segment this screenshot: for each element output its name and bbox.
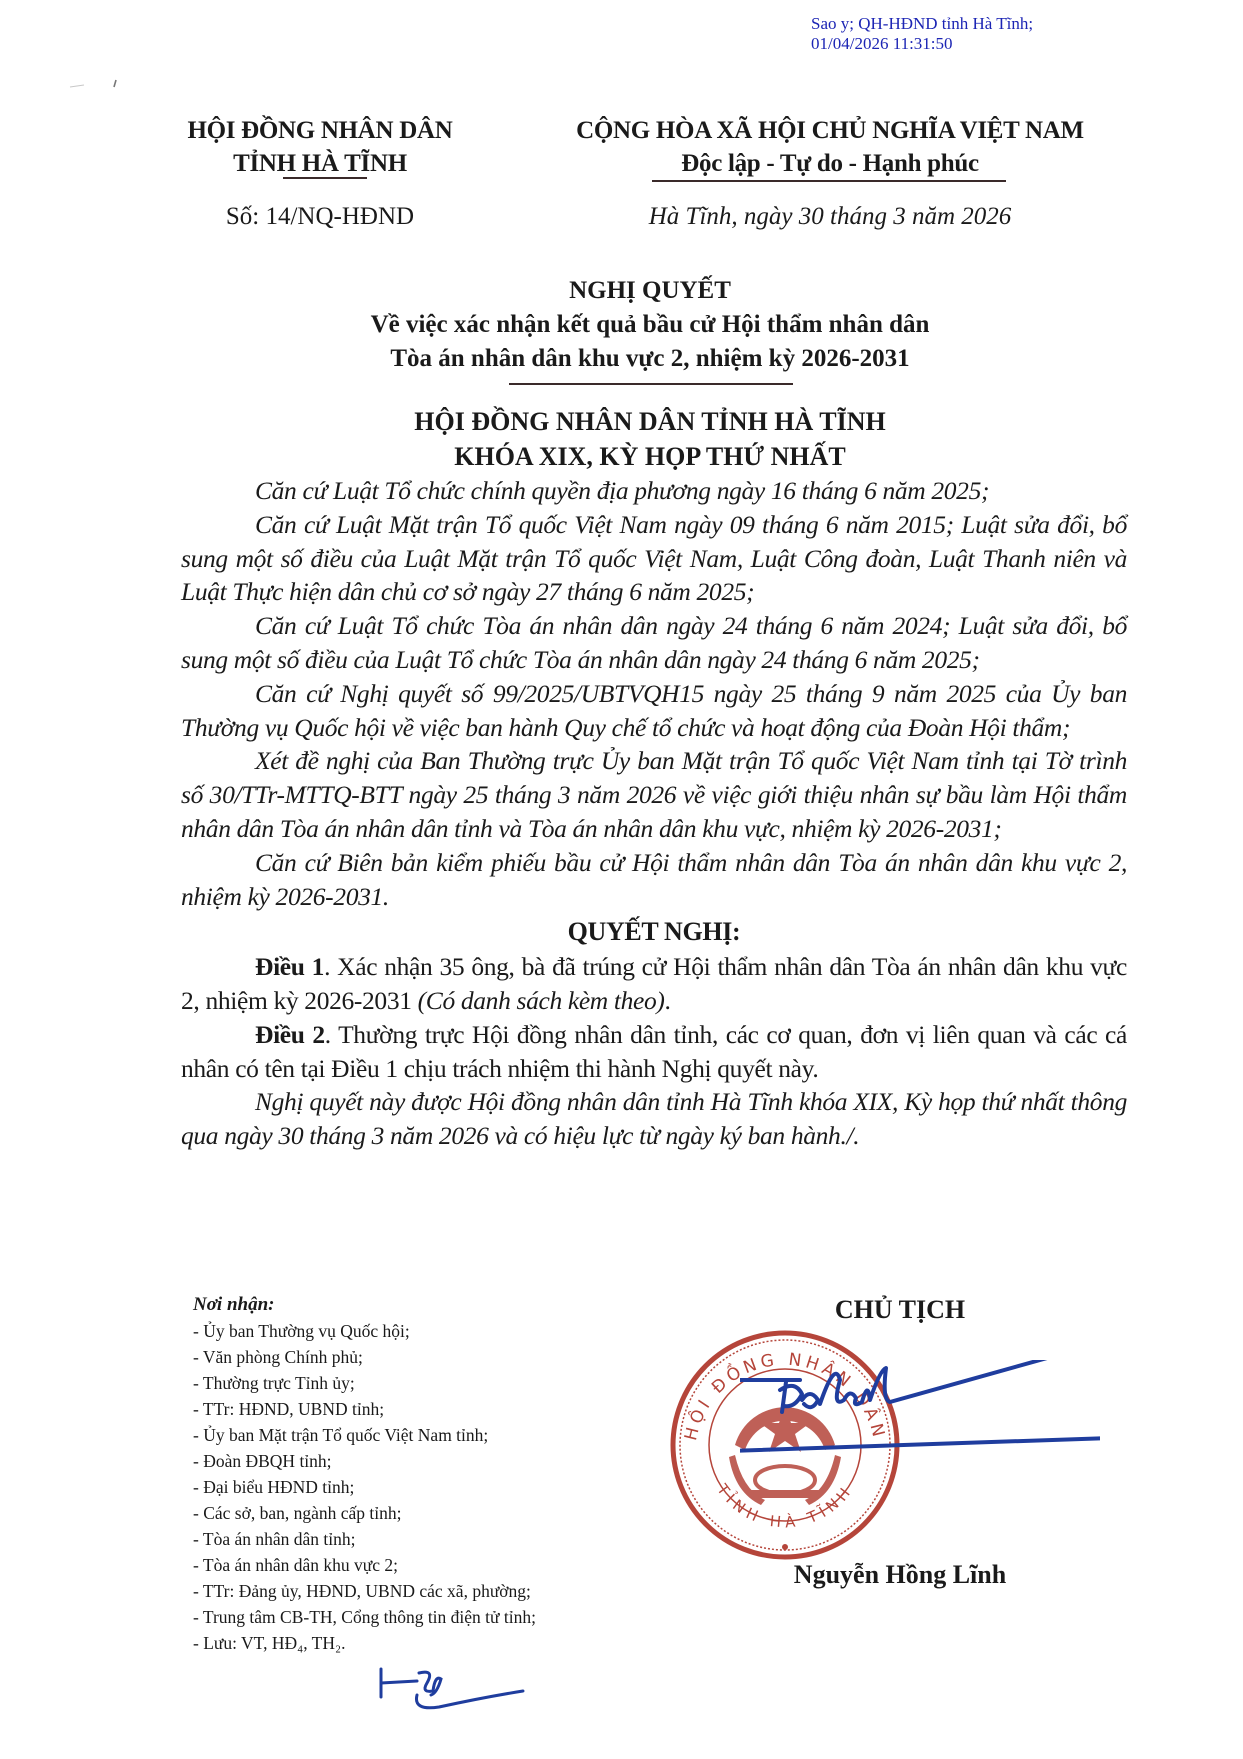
council-heading: HỘI ĐỒNG NHÂN DÂN TỈNH HÀ TĨNH KHÓA XIX,… (180, 404, 1120, 474)
recipient-item: - Văn phòng Chính phủ; (193, 1344, 653, 1370)
svg-text:TỈNH HÀ TĨNH: TỈNH HÀ TĨNH (713, 1480, 857, 1532)
preamble-item: Căn cứ Biên bản kiểm phiếu bầu cử Hội th… (181, 846, 1127, 914)
signer-position: CHỦ TỊCH (760, 1295, 1040, 1325)
copy-stamp-timestamp: 01/04/2026 11:31:50 (811, 34, 1033, 54)
subject-line-1: Về việc xác nhận kết quả bầu cử Hội thẩm… (180, 308, 1120, 342)
preamble-item: Căn cứ Luật Mặt trận Tổ quốc Việt Nam ng… (181, 508, 1127, 609)
recipients-block: Nơi nhận: - Ủy ban Thường vụ Quốc hội;- … (193, 1292, 653, 1656)
scan-speck-mark (60, 78, 120, 92)
recipient-item: - Lưu: VT, HĐ₄, TH₂. (193, 1630, 653, 1656)
council-session: KHÓA XIX, KỲ HỌP THỨ NHẤT (180, 439, 1120, 474)
handwritten-signature-icon (740, 1360, 1100, 1480)
recipients-label: Nơi nhận: (193, 1292, 653, 1318)
article-1-note: (Có danh sách kèm theo) (418, 986, 665, 1015)
recipient-item: - Các sở, ban, ngành cấp tỉnh; (193, 1500, 653, 1526)
issuer-underline (283, 177, 367, 179)
recipient-item: - Đoàn ĐBQH tỉnh; (193, 1448, 653, 1474)
place-and-date: Hà Tĩnh, ngày 30 tháng 3 năm 2026 (535, 203, 1125, 231)
preamble-item: Xét đề nghị của Ban Thường trực Ủy ban M… (181, 744, 1127, 845)
recipient-item: - Đại biểu HĐND tỉnh; (193, 1474, 653, 1500)
document-body: Căn cứ Luật Tổ chức chính quyền địa phươ… (181, 474, 1127, 1153)
signer-name: Nguyễn Hồng Lĩnh (760, 1560, 1040, 1590)
article-2: Điều 2. Thường trực Hội đồng nhân dân tỉ… (181, 1018, 1127, 1086)
recipient-item: - TTr: HĐND, UBND tỉnh; (193, 1396, 653, 1422)
subject-line-2: Tòa án nhân dân khu vực 2, nhiệm kỳ 2026… (180, 342, 1120, 376)
nation-name: CỘNG HÒA XÃ HỘI CHỦ NGHĨA VIỆT NAM (535, 114, 1125, 147)
document-type: NGHỊ QUYẾT (180, 274, 1120, 308)
preamble-item: Căn cứ Luật Tổ chức Tòa án nhân dân ngày… (181, 609, 1127, 677)
recipient-item: - Thường trực Tỉnh ủy; (193, 1370, 653, 1396)
national-motto: CỘNG HÒA XÃ HỘI CHỦ NGHĨA VIỆT NAM Độc l… (535, 114, 1125, 180)
document-number: Số: 14/NQ-HĐND (160, 203, 480, 231)
issuing-authority: HỘI ĐỒNG NHÂN DÂN TỈNH HÀ TĨNH (160, 114, 480, 180)
article-1: Điều 1. Xác nhận 35 ông, bà đã trúng cử … (181, 950, 1127, 1018)
recipient-item: - Trung tâm CB-TH, Cổng thông tin điện t… (193, 1604, 653, 1630)
document-title: NGHỊ QUYẾT Về việc xác nhận kết quả bầu … (180, 274, 1120, 376)
council-name: HỘI ĐỒNG NHÂN DÂN TỈNH HÀ TĨNH (180, 404, 1120, 439)
motto-underline (652, 180, 1006, 182)
resolution-heading: QUYẾT NGHỊ: (181, 915, 1127, 949)
issuer-line-2: TỈNH HÀ TĨNH (160, 147, 480, 180)
article-1-label: Điều 1 (255, 952, 324, 981)
recipient-item: - Tòa án nhân dân tỉnh; (193, 1526, 653, 1552)
copy-stamp-issuer: Sao y; QH-HĐND tỉnh Hà Tĩnh; (811, 14, 1033, 34)
article-2-label: Điều 2 (255, 1020, 325, 1049)
recipient-item: - TTr: Đảng ủy, HĐND, UBND các xã, phườn… (193, 1578, 653, 1604)
initials-mark-icon (375, 1665, 525, 1713)
title-underline (509, 383, 793, 385)
motto: Độc lập - Tự do - Hạnh phúc (535, 147, 1125, 180)
recipient-item: - Ủy ban Thường vụ Quốc hội; (193, 1318, 653, 1344)
closing-clause: Nghị quyết này được Hội đồng nhân dân tỉ… (181, 1085, 1127, 1153)
digital-copy-stamp: Sao y; QH-HĐND tỉnh Hà Tĩnh; 01/04/2026 … (811, 14, 1033, 54)
recipient-list: - Ủy ban Thường vụ Quốc hội;- Văn phòng … (193, 1318, 653, 1656)
issuer-line-1: HỘI ĐỒNG NHÂN DÂN (160, 114, 480, 147)
recipient-item: - Tòa án nhân dân khu vực 2; (193, 1552, 653, 1578)
recipient-item: - Ủy ban Mặt trận Tổ quốc Việt Nam tỉnh; (193, 1422, 653, 1448)
preamble-item: Căn cứ Nghị quyết số 99/2025/UBTVQH15 ng… (181, 677, 1127, 745)
preamble-item: Căn cứ Luật Tổ chức chính quyền địa phươ… (181, 474, 1127, 508)
article-1-end: . (665, 986, 671, 1015)
